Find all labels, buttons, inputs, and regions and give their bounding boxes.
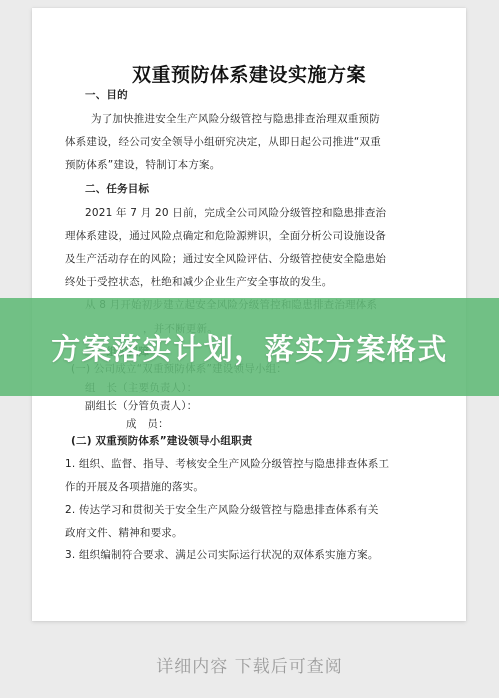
preview-stage: 双重预防体系建设实施方案 一、目的为了加快推进安全生产风险分级管控与隐患排查治理…	[0, 0, 499, 698]
paragraph-line: 政府文件、精神和要求。	[65, 525, 183, 540]
paragraph-line: 副组长（分管负责人）：	[85, 398, 197, 413]
paragraph-line: 作的开展及各项措施的落实。	[65, 479, 204, 494]
paragraph-line: 预防体系”建设，特制订本方案。	[65, 157, 220, 172]
section-heading: 一、目的	[85, 87, 128, 102]
section-heading: 二、任务目标	[85, 181, 149, 196]
paragraph-line: 体系建设，经公司安全领导小组研究决定，从即日起公司推进“双重	[65, 134, 381, 149]
paragraph-line: 为了加快推进安全生产风险分级管控与隐患排查治理双重预防	[91, 111, 380, 126]
banner-text: 方案落实计划，落实方案格式	[51, 327, 448, 368]
paragraph-line: 理体系建设，通过风险点确定和危险源辨识，全面分析公司设施设备	[65, 228, 386, 243]
paragraph-line: 1. 组织、监督、指导、考核安全生产风险分级管控与隐患排查体系工	[65, 456, 389, 471]
paragraph-line: 终处于受控状态，杜绝和减少企业生产安全事故的发生。	[65, 274, 333, 289]
download-hint[interactable]: 详细内容 下载后可查阅	[0, 652, 499, 677]
paragraph-line: 成 员：	[126, 416, 169, 431]
paragraph-line: 2021 年 7 月 20 日前，完成全公司风险分级管控和隐患排查治	[85, 205, 386, 220]
paragraph-line: 2. 传达学习和贯彻关于安全生产风险分级管控与隐患排查体系有关	[65, 502, 379, 517]
title-banner: 方案落实计划，落实方案格式	[0, 298, 499, 396]
paragraph-line: 及生产活动存在的风险；通过安全风险评估、分级管控使安全隐患始	[65, 251, 386, 266]
section-heading: (二) 双重预防体系”建设领导小组职责	[71, 433, 252, 448]
paragraph-line: 3. 组织编制符合要求、满足公司实际运行状况的双体系实施方案。	[65, 547, 379, 562]
document-title: 双重预防体系建设实施方案	[32, 60, 466, 87]
